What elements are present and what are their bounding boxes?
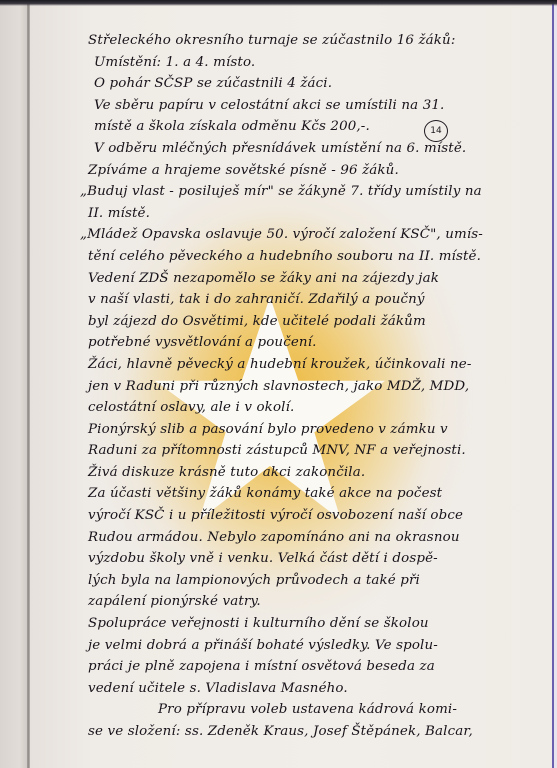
text-line: tění celého pěveckého a hudebního soubor…: [88, 246, 508, 268]
text-line: je velmi dobrá a přináší bohaté výsledky…: [88, 635, 508, 657]
facing-page-edge: [0, 0, 28, 768]
text-line: Zpíváme a hrajeme sovětské písně - 96 žá…: [88, 160, 508, 182]
scanned-page: Střeleckého okresního turnaje se zúčastn…: [0, 0, 557, 768]
text-line: Umístění: 1. a 4. místo.: [88, 52, 508, 74]
text-line: Spolupráce veřejnosti i kulturního dění …: [88, 613, 508, 635]
text-line: II. místě.: [88, 203, 508, 225]
text-line: Živá diskuze krásně tuto akci zakončila.: [88, 462, 508, 484]
text-line: „Mládež Opavska oslavuje 50. výročí zalo…: [80, 224, 508, 246]
text-line: vedení učitele s. Vladislava Masného.: [88, 678, 508, 700]
text-line: celostátní oslavy, ale i v okolí.: [88, 397, 508, 419]
scan-top-shadow: [0, 0, 557, 6]
text-line: Střeleckého okresního turnaje se zúčastn…: [88, 30, 508, 52]
text-line: V odběru mléčných přesnídávek umístění n…: [88, 138, 508, 160]
text-line: zapálení pionýrské vatry.: [88, 591, 508, 613]
text-line: lých byla na lampionových průvodech a ta…: [88, 570, 508, 592]
text-line: v naší vlasti, tak i do zahraničí. Zdaři…: [88, 289, 508, 311]
text-line: Žáci, hlavně pěvecký a hudební kroužek, …: [88, 354, 508, 376]
text-line: výročí KSČ i u příležitosti výročí osvob…: [88, 505, 508, 527]
text-line: O pohár SČSP se zúčastnili 4 žáci.: [88, 73, 508, 95]
text-line: Pionýrský slib a pasování bylo provedeno…: [88, 419, 508, 441]
text-line: jen v Raduni při různých slavnostech, ja…: [88, 376, 508, 398]
text-line: práci je plně zapojena i místní osvětová…: [88, 656, 508, 678]
text-line: se ve složení: ss. Zdeněk Kraus, Josef Š…: [88, 721, 508, 743]
text-line: Vedení ZDŠ nezapomělo se žáky ani na záj…: [88, 268, 508, 290]
text-line: výzdobu školy vně i venku. Velká část dě…: [88, 548, 508, 570]
text-line: potřebné vysvětlování a poučení.: [88, 332, 508, 354]
text-line: byl zájezd do Osvětimi, kde učitelé poda…: [88, 311, 508, 333]
text-line: Rudou armádou. Nebylo zapomínáno ani na …: [88, 527, 508, 549]
text-line: Pro přípravu voleb ustavena kádrová komi…: [88, 699, 508, 721]
text-line: Raduni za přítomnosti zástupců MNV, NF a…: [88, 440, 508, 462]
text-line: „Buduj vlast - posiluješ mír" se žákyně …: [80, 181, 508, 203]
text-line: Ve sběru papíru v celostátní akci se umí…: [88, 95, 508, 117]
text-line: Za účasti většiny žáků konámy také akce …: [88, 483, 508, 505]
page-number-circle: 14: [424, 120, 448, 142]
